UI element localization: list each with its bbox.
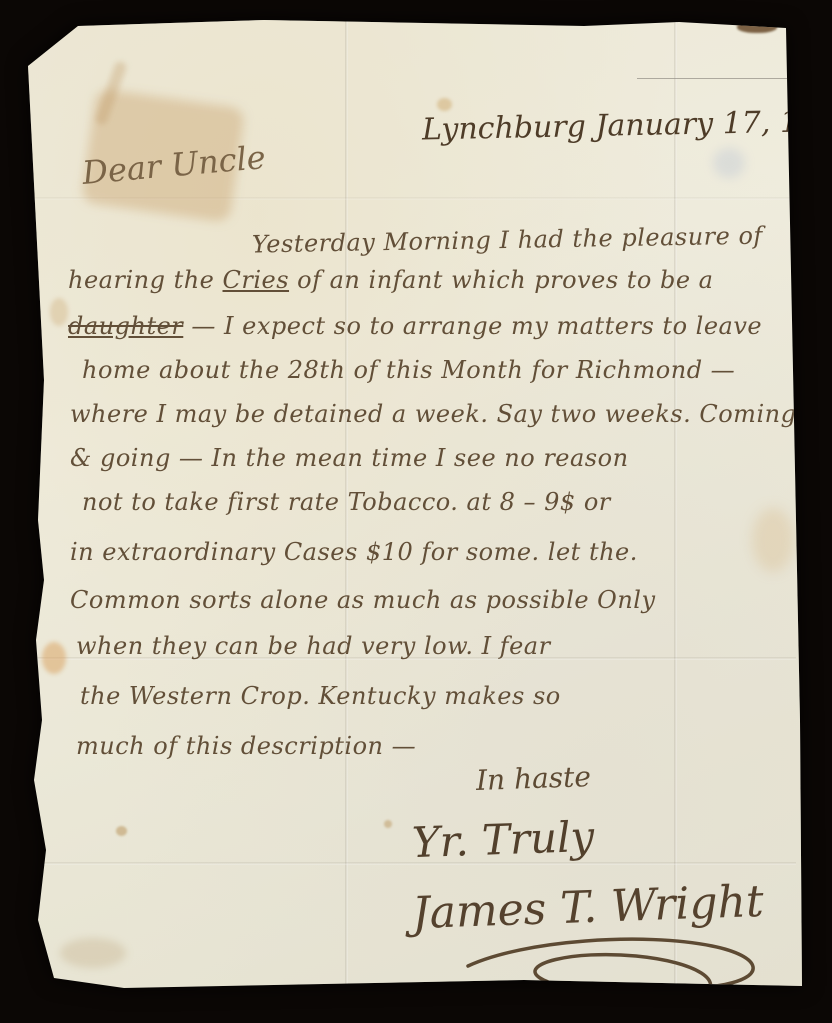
stain <box>713 148 745 178</box>
scan-background: Lynchburg January 17, 1822 Dear Uncle Ye… <box>0 0 832 1023</box>
letter-line: much of this description — <box>76 732 416 760</box>
salutation: Dear Uncle <box>81 138 267 192</box>
fold-crease-vertical <box>674 20 677 986</box>
dateline: Lynchburg January 17, 1822 <box>422 103 832 147</box>
letter-text-segment: not to take first rate Tobacco. at 8 – 9… <box>82 488 611 516</box>
letter-text-segment: Cries <box>223 266 290 294</box>
letter-text-segment: of an infant which proves to be a <box>289 266 713 294</box>
letter-text-segment: hearing the <box>68 266 223 294</box>
letter-line: hearing the Cries of an infant which pro… <box>68 266 714 294</box>
letter-paper: Lynchburg January 17, 1822 Dear Uncle Ye… <box>24 20 804 992</box>
letter-text-segment: when they can be had very low. I fear <box>76 632 551 660</box>
letter-text-segment: much of this description — <box>76 732 416 760</box>
letter-line: in extraordinary Cases $10 for some. let… <box>70 538 638 566</box>
closing: In haste <box>475 760 591 797</box>
paper-sheet: Lynchburg January 17, 1822 Dear Uncle Ye… <box>24 20 804 992</box>
letter-text-segment: & going — In the mean time I see no reas… <box>70 444 629 472</box>
letter-line: & going — In the mean time I see no reas… <box>70 444 629 472</box>
stain <box>94 60 128 126</box>
letter-line: daughter — I expect so to arrange my mat… <box>68 312 762 340</box>
letter-line: when they can be had very low. I fear <box>76 632 551 660</box>
valediction: Yr. Truly <box>411 812 595 867</box>
letter-text-segment: daughter <box>68 312 183 340</box>
signature: James T. Wright <box>411 876 764 939</box>
letter-line: the Western Crop. Kentucky makes so <box>80 682 561 710</box>
stain <box>116 826 127 836</box>
letter-line: Common sorts alone as much as possible O… <box>70 586 656 614</box>
stain <box>737 21 777 33</box>
stain <box>437 98 452 111</box>
letter-line: home about the 28th of this Month for Ri… <box>82 356 735 384</box>
stain <box>752 508 794 572</box>
stain <box>384 820 392 828</box>
letter-text-segment: Yesterday Morning I had the pleasure of <box>252 222 763 259</box>
letter-text-segment: Common sorts alone as much as possible O… <box>70 586 656 614</box>
pencil-line <box>637 78 791 79</box>
letter-text-segment: the Western Crop. Kentucky makes so <box>80 682 561 710</box>
letter-text-segment: where I may be detained a week. Say two … <box>70 400 796 428</box>
letter-line: not to take first rate Tobacco. at 8 – 9… <box>82 488 611 516</box>
stain <box>50 298 68 326</box>
letter-line: where I may be detained a week. Say two … <box>70 400 796 428</box>
letter-text-segment: — I expect so to arrange my matters to l… <box>183 312 762 340</box>
letter-line: Yesterday Morning I had the pleasure of <box>252 222 763 259</box>
fold-crease-horizontal <box>32 197 796 200</box>
letter-text-segment: in extraordinary Cases $10 for some. let… <box>70 538 638 566</box>
letter-text-segment: home about the 28th of this Month for Ri… <box>82 356 735 384</box>
stain <box>60 938 126 968</box>
signature-flourish <box>454 932 784 1012</box>
